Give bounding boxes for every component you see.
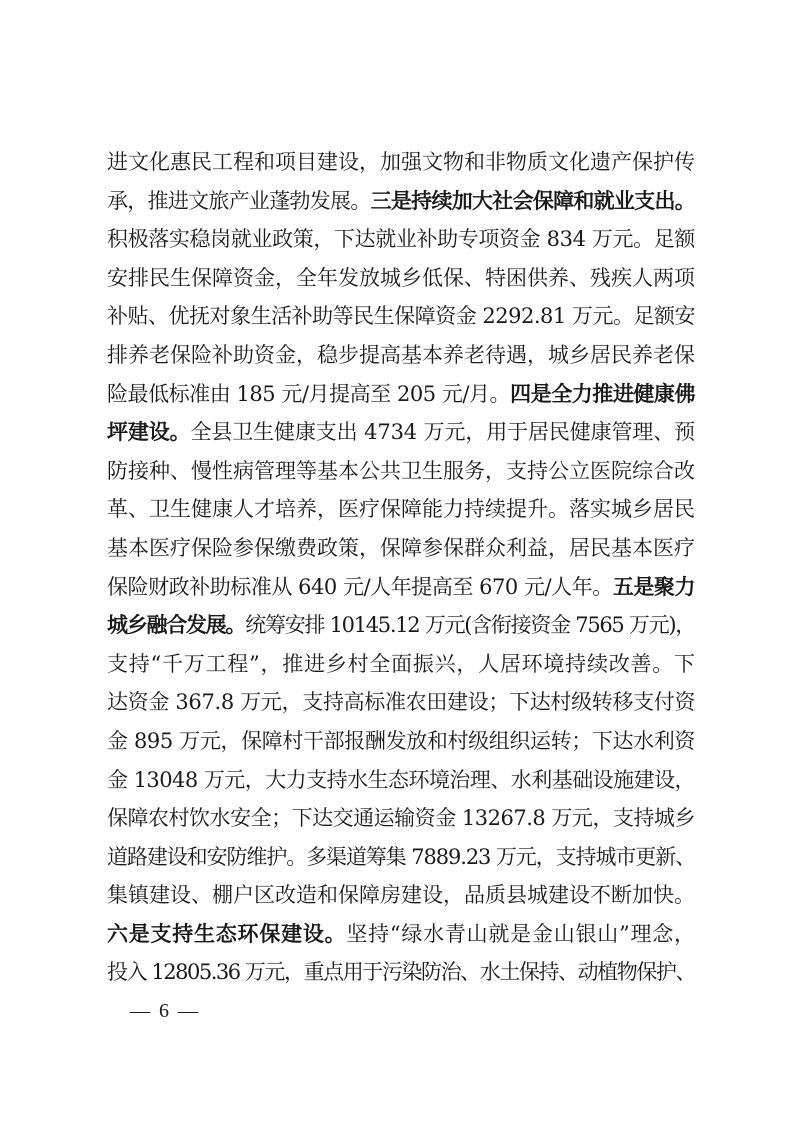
text-segment: 承，推进文旅产业蓬勃发展。: [107, 189, 371, 213]
text-segment: 道路建设和安防维护。多渠道筹集 7889.23 万元，支持城市更新、: [107, 845, 695, 869]
text-segment: 坚持“绿水青山就是金山银山”理念，: [346, 922, 695, 946]
text-line: 城乡融合发展。统筹安排 10145.12 万元(含衔接资金 7565 万元)，: [107, 606, 695, 645]
bold-heading-segment: 四是全力推进健康佛: [510, 382, 695, 406]
bold-heading-segment: 坪建设。: [107, 420, 191, 444]
text-segment: 险最低标准由 185 元/月提高至 205 元/月。: [107, 382, 510, 406]
text-segment: 革、卫生健康人才培养，医疗保障能力持续提升。落实城乡居民: [107, 497, 695, 521]
text-segment: 安排民生保障资金，全年发放城乡低保、特困供养、残疾人两项: [107, 266, 695, 290]
text-line: 保险财政补助标准从 640 元/人年提高至 670 元/人年。五是聚力: [107, 568, 695, 607]
text-line: 基本医疗保险参保缴费政策，保障参保群众利益，居民基本医疗: [107, 529, 695, 568]
text-line: 金 13048 万元，大力支持水生态环境治理、水利基础设施建设，: [107, 761, 695, 800]
text-line: 排养老保险补助资金，稳步提高基本养老待遇，城乡居民养老保: [107, 336, 695, 375]
text-line: 补贴、优抚对象生活补助等民生保障资金 2292.81 万元。足额安: [107, 297, 695, 336]
text-segment: 补贴、优抚对象生活补助等民生保障资金 2292.81 万元。足额安: [107, 304, 695, 328]
text-segment: 防接种、慢性病管理等基本公共卫生服务，支持公立医院综合改: [107, 459, 695, 483]
text-line: 投入 12805.36 万元，重点用于污染防治、水土保持、动植物保护、: [107, 953, 695, 992]
text-segment: 进文化惠民工程和项目建设，加强文物和非物质文化遗产保护传: [107, 150, 695, 174]
document-page: 进文化惠民工程和项目建设，加强文物和非物质文化遗产保护传承，推进文旅产业蓬勃发展…: [0, 0, 792, 1121]
text-line: 集镇建设、棚户区改造和保障房建设，品质县城建设不断加快。: [107, 876, 695, 915]
text-line: 六是支持生态环保建设。坚持“绿水青山就是金山银山”理念，: [107, 915, 695, 954]
text-segment: 投入 12805.36 万元，重点用于污染防治、水土保持、动植物保护、: [107, 960, 695, 984]
text-segment: 金 895 万元，保障村干部报酬发放和村级组织运转；下达水利资: [107, 729, 695, 753]
body-paragraph: 进文化惠民工程和项目建设，加强文物和非物质文化遗产保护传承，推进文旅产业蓬勃发展…: [107, 143, 695, 992]
bold-heading-segment: 城乡融合发展。: [107, 613, 245, 637]
bold-heading-segment: 三是持续加大社会保障和就业支出。: [371, 189, 695, 213]
text-line: 险最低标准由 185 元/月提高至 205 元/月。四是全力推进健康佛: [107, 375, 695, 414]
text-line: 支持“千万工程”，推进乡村全面振兴，人居环境持续改善。下: [107, 645, 695, 684]
text-segment: 支持“千万工程”，推进乡村全面振兴，人居环境持续改善。下: [107, 652, 695, 676]
text-segment: 统筹安排 10145.12 万元(含衔接资金 7565 万元)，: [245, 613, 695, 637]
text-line: 金 895 万元，保障村干部报酬发放和村级组织运转；下达水利资: [107, 722, 695, 761]
bold-heading-segment: 六是支持生态环保建设。: [107, 922, 346, 946]
text-segment: 全县卫生健康支出 4734 万元，用于居民健康管理、预: [191, 420, 695, 444]
text-line: 进文化惠民工程和项目建设，加强文物和非物质文化遗产保护传: [107, 143, 695, 182]
text-line: 道路建设和安防维护。多渠道筹集 7889.23 万元，支持城市更新、: [107, 838, 695, 877]
text-line: 安排民生保障资金，全年发放城乡低保、特困供养、残疾人两项: [107, 259, 695, 298]
text-segment: 达资金 367.8 万元，支持高标准农田建设；下达村级转移支付资: [107, 690, 695, 714]
text-segment: 排养老保险补助资金，稳步提高基本养老待遇，城乡居民养老保: [107, 343, 695, 367]
text-line: 承，推进文旅产业蓬勃发展。三是持续加大社会保障和就业支出。: [107, 182, 695, 221]
text-line: 防接种、慢性病管理等基本公共卫生服务，支持公立医院综合改: [107, 452, 695, 491]
bold-heading-segment: 五是聚力: [613, 575, 695, 599]
text-line: 积极落实稳岗就业政策，下达就业补助专项资金 834 万元。足额: [107, 220, 695, 259]
text-segment: 保障农村饮水安全；下达交通运输资金 13267.8 万元，支持城乡: [107, 806, 695, 830]
text-segment: 集镇建设、棚户区改造和保障房建设，品质县城建设不断加快。: [107, 883, 695, 907]
text-line: 达资金 367.8 万元，支持高标准农田建设；下达村级转移支付资: [107, 683, 695, 722]
text-segment: 金 13048 万元，大力支持水生态环境治理、水利基础设施建设，: [107, 768, 695, 792]
text-segment: 积极落实稳岗就业政策，下达就业补助专项资金 834 万元。足额: [107, 227, 695, 251]
text-segment: 保险财政补助标准从 640 元/人年提高至 670 元/人年。: [107, 575, 613, 599]
text-segment: 基本医疗保险参保缴费政策，保障参保群众利益，居民基本医疗: [107, 536, 695, 560]
text-line: 坪建设。全县卫生健康支出 4734 万元，用于居民健康管理、预: [107, 413, 695, 452]
page-number: — 6 —: [130, 1000, 200, 1023]
text-line: 革、卫生健康人才培养，医疗保障能力持续提升。落实城乡居民: [107, 490, 695, 529]
text-line: 保障农村饮水安全；下达交通运输资金 13267.8 万元，支持城乡: [107, 799, 695, 838]
